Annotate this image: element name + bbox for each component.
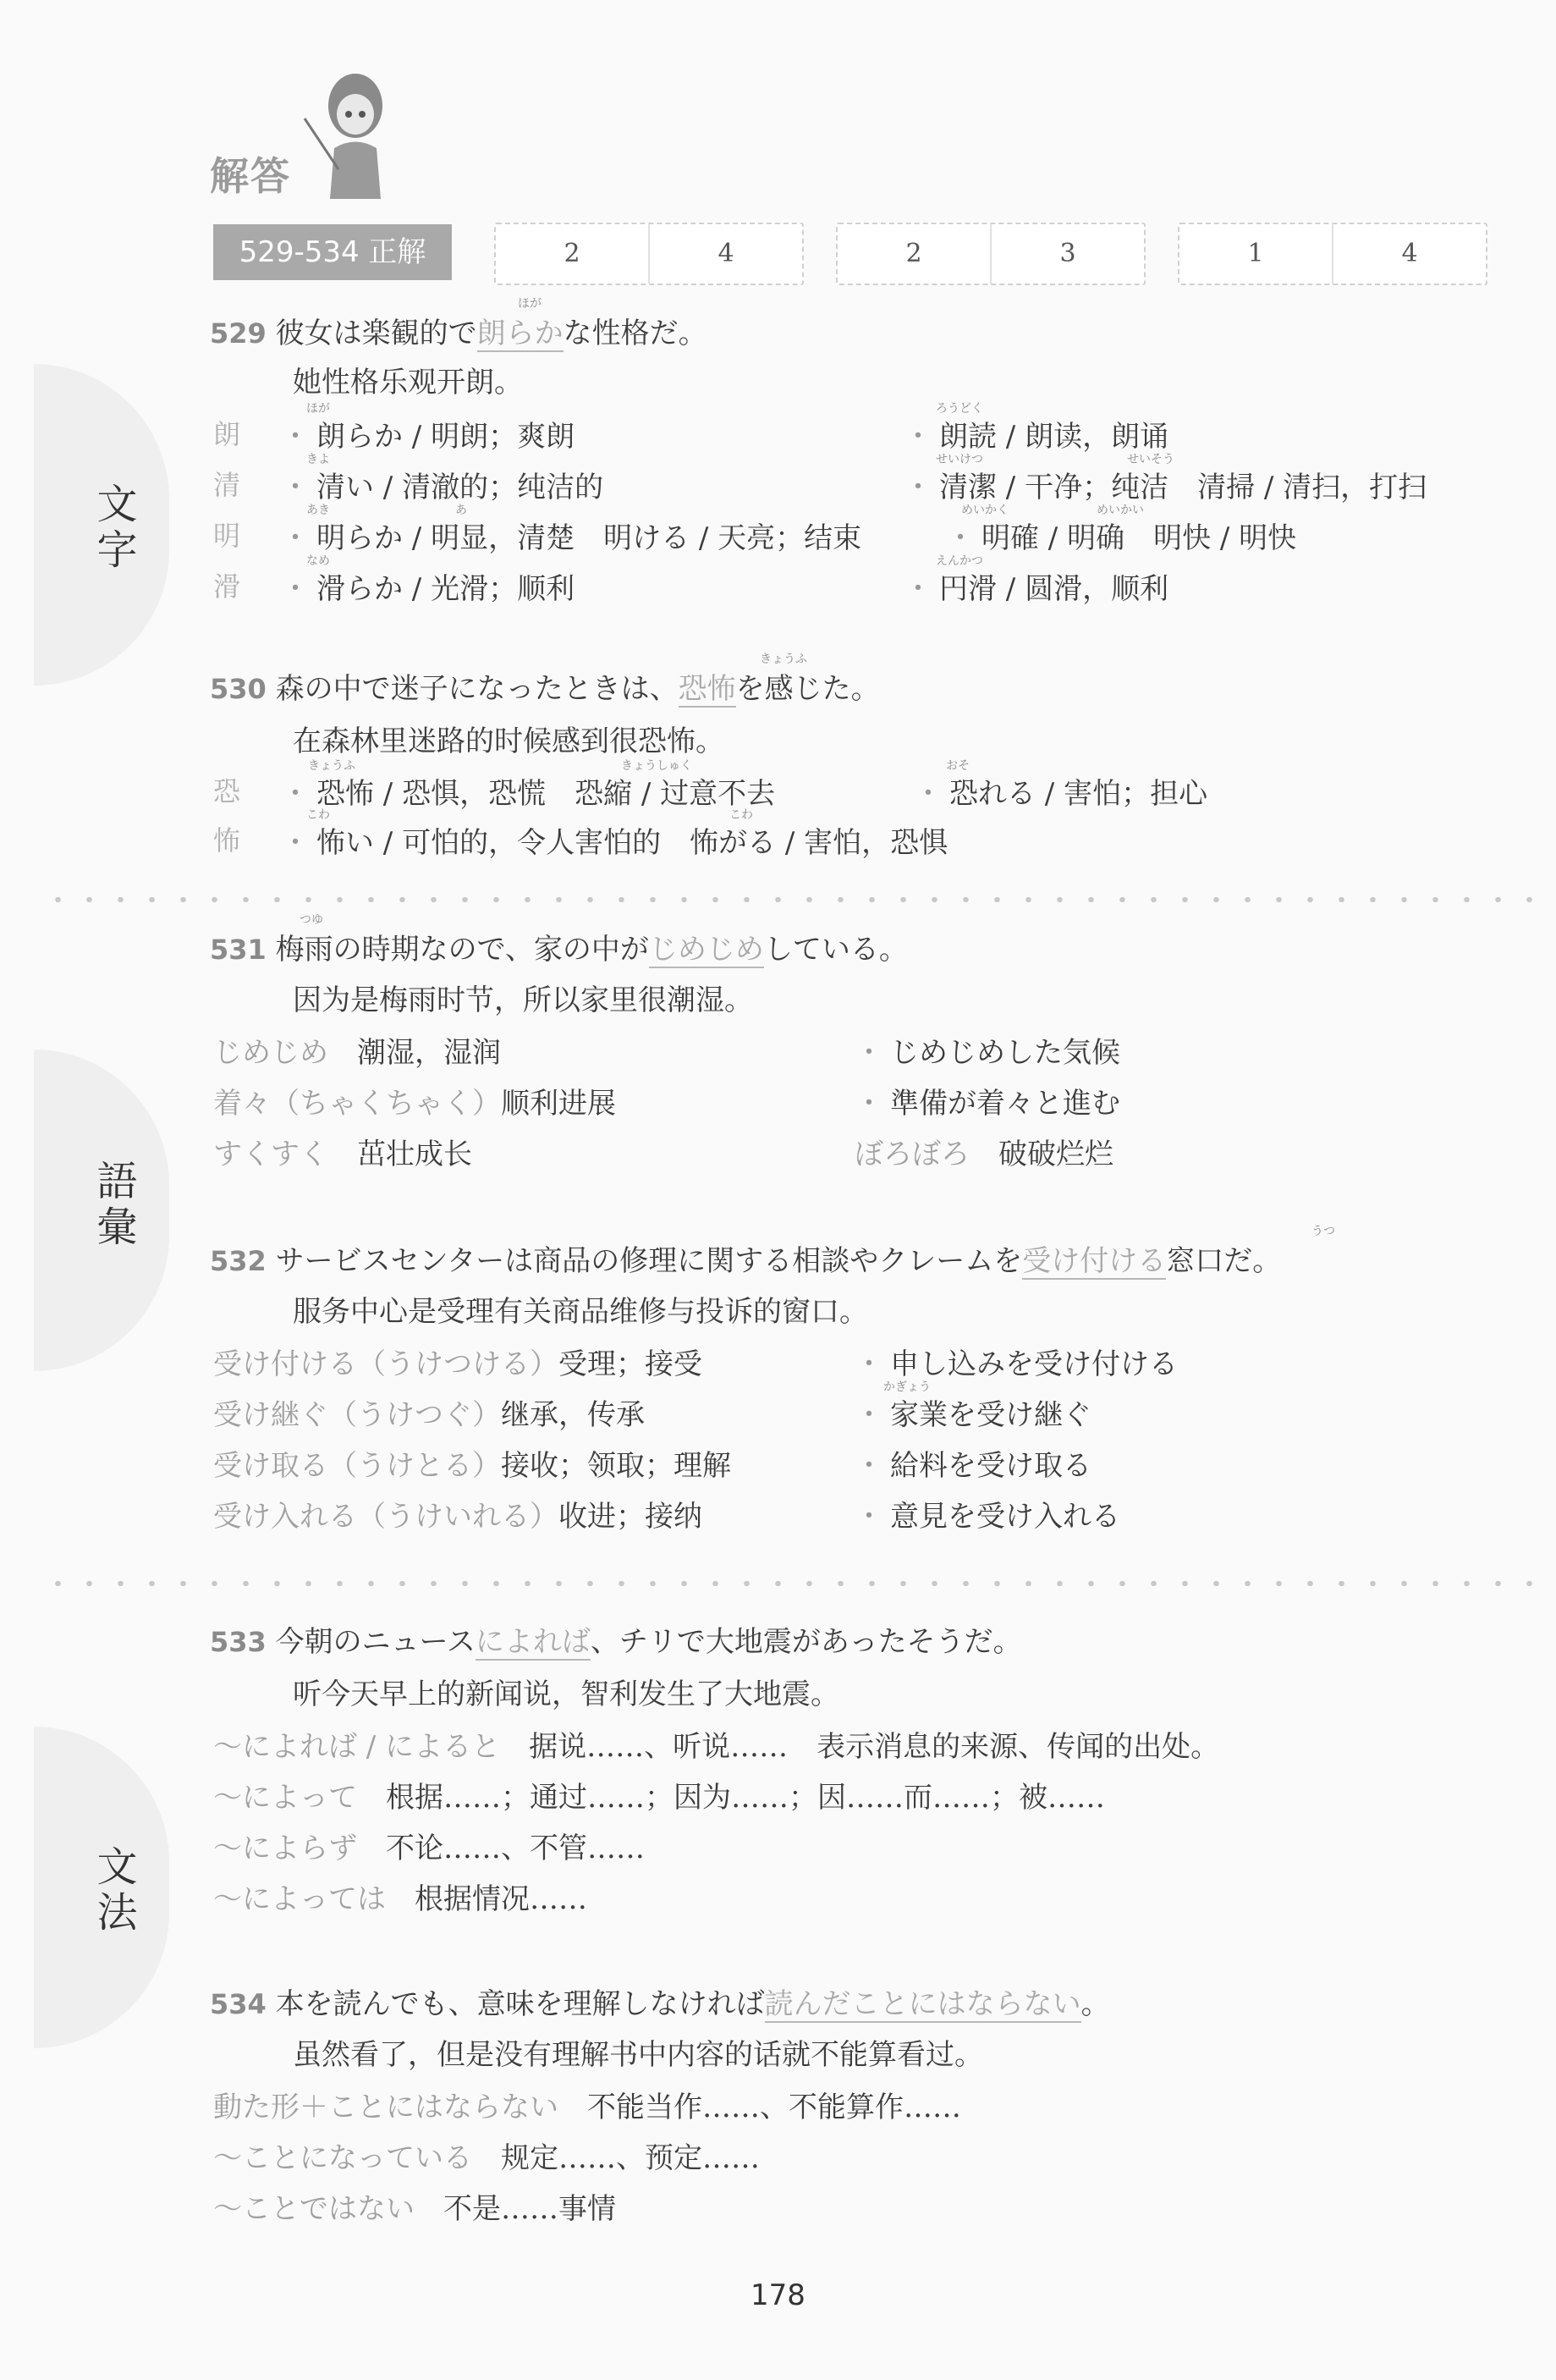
grammar-row: ～ことになっている 规定……、预定…… [213,2135,760,2176]
question-number: 530 [210,673,267,705]
side-tab-goi: 語彙 [34,1050,169,1371]
vocab-meaning: 顺利进展 [501,1087,616,1121]
furigana: かぎょう [883,1378,931,1395]
vocab-meaning: 接收；领取；理解 [501,1449,731,1483]
vocab-term: 受け継ぐ（うけつぐ） [213,1398,501,1432]
vocab-term: 受け入れる（うけいれる） [213,1500,558,1534]
vocab-left: ・滑らか / 光滑；顺利 [281,565,575,607]
sentence: な性格だ。 [564,317,707,350]
translation: 她性格乐观开朗。 [293,359,523,400]
grammar-row: ～によっては 根据情况…… [213,1876,587,1917]
answer-group-3: 1 4 [1178,223,1487,285]
question-532: 532 サービスセンターは商品の修理に関する相談やクレームを受け付ける窓口だ。 [210,1237,1281,1279]
vocab-row: 受け入れる（うけいれる）收进；接纳 [213,1493,702,1534]
vocab-right: ・恐れる / 害怕；担心 [914,770,1207,812]
translation: 虽然看了，但是没有理解书中内容的话就不能算看过。 [293,2031,983,2073]
kanji-head: 怖 [213,824,240,857]
vocab-meaning: 继承，传承 [501,1398,645,1432]
furigana: めいかく [961,501,1009,518]
section-divider [42,1581,1556,1586]
question-531: 531 梅雨の時期なので、家の中がじめじめしている。 [210,926,908,967]
side-tab-label: 文字 [85,482,143,574]
vocab-meaning: 茁壮成长 [357,1138,472,1171]
vocab-row: すくすく 茁壮成长 [213,1131,472,1172]
vocab-text: 清い / 清澈的；纯洁的 [316,471,603,504]
sentence: している。 [764,933,908,967]
vocab-text: じめじめした気候 [890,1036,1120,1070]
vocab-row: 着々（ちゃくちゃく）顺利进展 [213,1080,616,1121]
vocab-row: 明 [213,515,240,554]
furigana: あ [455,501,467,518]
grammar-term: ～ことになっている [213,2141,472,2175]
question-number: 533 [210,1626,267,1658]
vocab-row: 滑 [213,565,240,604]
vocab-term: すくすく [213,1138,328,1171]
kanji-head: 明 [213,520,240,552]
sentence: 。 [1081,1987,1110,2021]
highlighted-answer: じめじめ [649,933,764,968]
grammar-meaning: 不论……、不管…… [386,1832,645,1865]
highlighted-answer: 読んだことにはならない [765,1987,1081,2023]
highlighted-answer: 受け付ける [1022,1244,1166,1280]
sentence: を感じた。 [736,672,880,706]
translation: 听今天早上的新闻说，智利发生了大地震。 [293,1671,839,1712]
furigana: こわ [306,806,330,823]
furigana: こわ [729,806,753,823]
vocab-row: 受け取る（うけとる）接收；领取；理解 [213,1442,731,1484]
sentence: 彼女は楽観的で [276,317,477,350]
vocab-text: 恐怖 / 恐惧，恐慌 恐縮 / 过意不去 [316,777,775,811]
vocab-meaning: 潮湿，湿润 [357,1036,501,1070]
vocab-example: ・意見を受け入れる [855,1493,1120,1534]
sentence: 梅雨の時期なので、家の中が [276,933,649,967]
vocab-term: 着々（ちゃくちゃく） [213,1087,501,1121]
answer-range-label: 529-534 正解 [213,224,452,280]
answer-534: 4 [1332,224,1486,284]
furigana: ろうどく [936,399,983,416]
grammar-term: 動た形＋ことにはならない [213,2091,558,2124]
vocab-row: 受け継ぐ（うけつぐ）继承，传承 [213,1391,645,1433]
vocab-term: じめじめ [213,1036,328,1070]
furigana: きょうしゅく [621,757,692,774]
vocab-left: ・怖い / 可怕的，令人害怕的 怖がる / 害怕，恐惧 [281,819,948,861]
vocab-left: ・恐怖 / 恐惧，恐慌 恐縮 / 过意不去 [281,770,775,812]
answer-group-1: 2 4 [494,223,804,285]
highlighted-answer: によれば [476,1625,591,1661]
vocab-text: 意見を受け入れる [890,1500,1120,1534]
translation: 在森林里迷路的时候感到很恐怖。 [293,718,724,759]
furigana: せいけつ [936,450,983,467]
grammar-row: 動た形＋ことにはならない 不能当作……、不能算作…… [213,2084,961,2125]
furigana: うつ [1311,1222,1335,1239]
sentence: サービスセンターは商品の修理に関する相談やクレームを [276,1244,1023,1278]
vocab-example: ・給料を受け取る [855,1442,1091,1484]
vocab-meaning: 破破烂烂 [998,1138,1113,1171]
grammar-term: ～によらず [213,1832,357,1865]
answer-530: 4 [648,224,802,284]
answer-group-2: 2 3 [836,223,1146,285]
grammar-meaning: 据说……、听说…… 表示消息的来源、传闻的出处。 [529,1730,1219,1764]
vocab-text: 清潔 / 干净；纯洁 清掃 / 清扫，打扫 [939,471,1427,504]
furigana: ほが [306,399,330,416]
question-533: 533 今朝のニュースによれば、チリで大地震があったそうだ。 [210,1618,1022,1660]
vocab-example: ・家業を受け継ぐ [855,1391,1091,1433]
vocab-right: ・明確 / 明确 明快 / 明快 [946,515,1296,556]
vocab-term: 受け取る（うけとる） [213,1449,501,1483]
vocab-example: ・申し込みを受け付ける [855,1341,1178,1382]
furigana: なめ [306,552,330,569]
vocab-text: 給料を受け取る [890,1449,1091,1483]
grammar-meaning: 规定……、预定…… [501,2141,760,2175]
vocab-right: ・朗読 / 朗读，朗诵 [904,413,1168,455]
furigana: えんかつ [936,552,983,569]
side-tab-label: 語彙 [85,1160,143,1251]
vocab-row: 怖 [213,819,240,858]
question-534: 534 本を読んでも、意味を理解しなければ読んだことにはならない。 [210,1981,1110,2022]
section-divider [42,897,1556,902]
furigana: きよ [306,450,330,467]
kanji-head: 清 [213,469,240,501]
furigana: おそ [946,757,970,774]
answer-529: 2 [496,224,648,284]
teacher-mascot-icon [296,68,398,203]
highlighted-answer: 朗らか [477,317,564,352]
vocab-meaning: 受理；接受 [558,1347,702,1381]
grammar-meaning: 根据情况…… [415,1882,587,1916]
vocab-left: ・明らか / 明显，清楚 明ける / 天亮；结束 [281,515,861,556]
furigana: きょうふ [760,650,807,667]
sentence: 森の中で迷子になったときは、 [276,672,679,706]
vocab-text: 恐れる / 害怕；担心 [949,777,1207,811]
question-529: 529 彼女は楽観的で朗らかな性格だ。 [210,310,707,351]
vocab-row: ぼろぼろ 破破烂烂 [855,1131,1113,1172]
vocab-term: 受け付ける（うけつける） [213,1347,558,1381]
furigana: めいかい [1097,501,1144,518]
vocab-text: 滑らか / 光滑；顺利 [316,572,575,606]
vocab-text: 朗らか / 明朗；爽朗 [316,420,575,454]
vocab-text: 朗読 / 朗读，朗诵 [939,420,1168,454]
page-number: 178 [0,2278,1556,2312]
answer-531: 2 [838,224,990,284]
kanji-head: 朗 [213,418,240,450]
answer-533: 1 [1179,224,1332,284]
furigana: あき [306,501,330,518]
answer-532: 3 [990,224,1144,284]
grammar-row: ～によれば / によると 据说……、听说…… 表示消息的来源、传闻的出处。 [213,1723,1219,1765]
vocab-row: 受け付ける（うけつける）受理；接受 [213,1341,702,1382]
sentence: 窓口だ。 [1166,1244,1281,1278]
furigana: つゆ [300,911,323,928]
translation: 服务中心是受理有关商品维修与投诉的窗口。 [293,1288,868,1330]
vocab-text: 円滑 / 圆滑，顺利 [939,572,1168,606]
furigana: きょうふ [308,757,355,774]
grammar-row: ～ことではない 不是……事情 [213,2185,616,2227]
vocab-text: 明確 / 明确 明快 / 明快 [981,521,1296,555]
question-number: 529 [210,317,267,350]
grammar-term: ～によって [213,1781,357,1815]
vocab-left: ・朗らか / 明朗；爽朗 [281,413,575,455]
grammar-term: ～ことではない [213,2192,415,2226]
vocab-text: 明らか / 明显，清楚 明ける / 天亮；结束 [316,521,861,555]
vocab-right: ・清潔 / 干净；纯洁 清掃 / 清扫，打扫 [904,464,1427,505]
page-title: 解答 [210,146,291,201]
vocab-meaning: 收进；接纳 [558,1500,702,1534]
question-number: 534 [210,1988,267,2020]
vocab-left: ・清い / 清澈的；纯洁的 [281,464,603,505]
vocab-example: ・じめじめした気候 [855,1029,1120,1071]
vocab-text: 怖い / 可怕的，令人害怕的 怖がる / 害怕，恐惧 [316,826,948,860]
vocab-row: 朗 [213,413,240,452]
vocab-text: 準備が着々と進む [890,1087,1120,1121]
vocab-row: 清 [213,464,240,503]
sentence: 、チリで大地震があったそうだ。 [591,1625,1022,1659]
question-number: 532 [210,1245,267,1277]
grammar-meaning: 根据……；通过……；因为……；因……而……；被…… [386,1781,1105,1815]
question-number: 531 [210,934,267,966]
side-tab-label: 文法 [85,1845,143,1937]
kanji-head: 恐 [213,775,240,807]
vocab-text: 申し込みを受け付ける [890,1347,1178,1381]
vocab-row: じめじめ 潮湿，湿润 [213,1029,501,1071]
vocab-text: 家業を受け継ぐ [890,1398,1091,1432]
side-tab-moji: 文字 [34,364,169,686]
side-tab-bunpou: 文法 [34,1727,169,2048]
sentence: 本を読んでも、意味を理解しなければ [276,1987,765,2021]
question-530: 530 森の中で迷子になったときは、恐怖を感じた。 [210,665,880,707]
vocab-term: ぼろぼろ [855,1138,970,1171]
kanji-head: 滑 [213,570,240,603]
grammar-term: ～によっては [213,1882,386,1916]
vocab-right: ・円滑 / 圆滑，顺利 [904,565,1168,607]
vocab-example: ・準備が着々と進む [855,1080,1120,1121]
grammar-meaning: 不能当作……、不能算作…… [587,2091,961,2124]
furigana: せいそう [1127,450,1174,467]
highlighted-answer: 恐怖 [679,672,736,708]
grammar-row: ～によって 根据……；通过……；因为……；因……而……；被…… [213,1774,1105,1815]
grammar-term: ～によれば / によると [213,1730,500,1764]
sentence: 今朝のニュース [276,1625,476,1659]
translation: 因为是梅雨时节，所以家里很潮湿。 [293,977,753,1018]
grammar-meaning: 不是……事情 [443,2192,616,2226]
grammar-row: ～によらず 不论……、不管…… [213,1825,645,1866]
furigana: ほが [518,295,542,311]
vocab-row: 恐 [213,770,240,809]
